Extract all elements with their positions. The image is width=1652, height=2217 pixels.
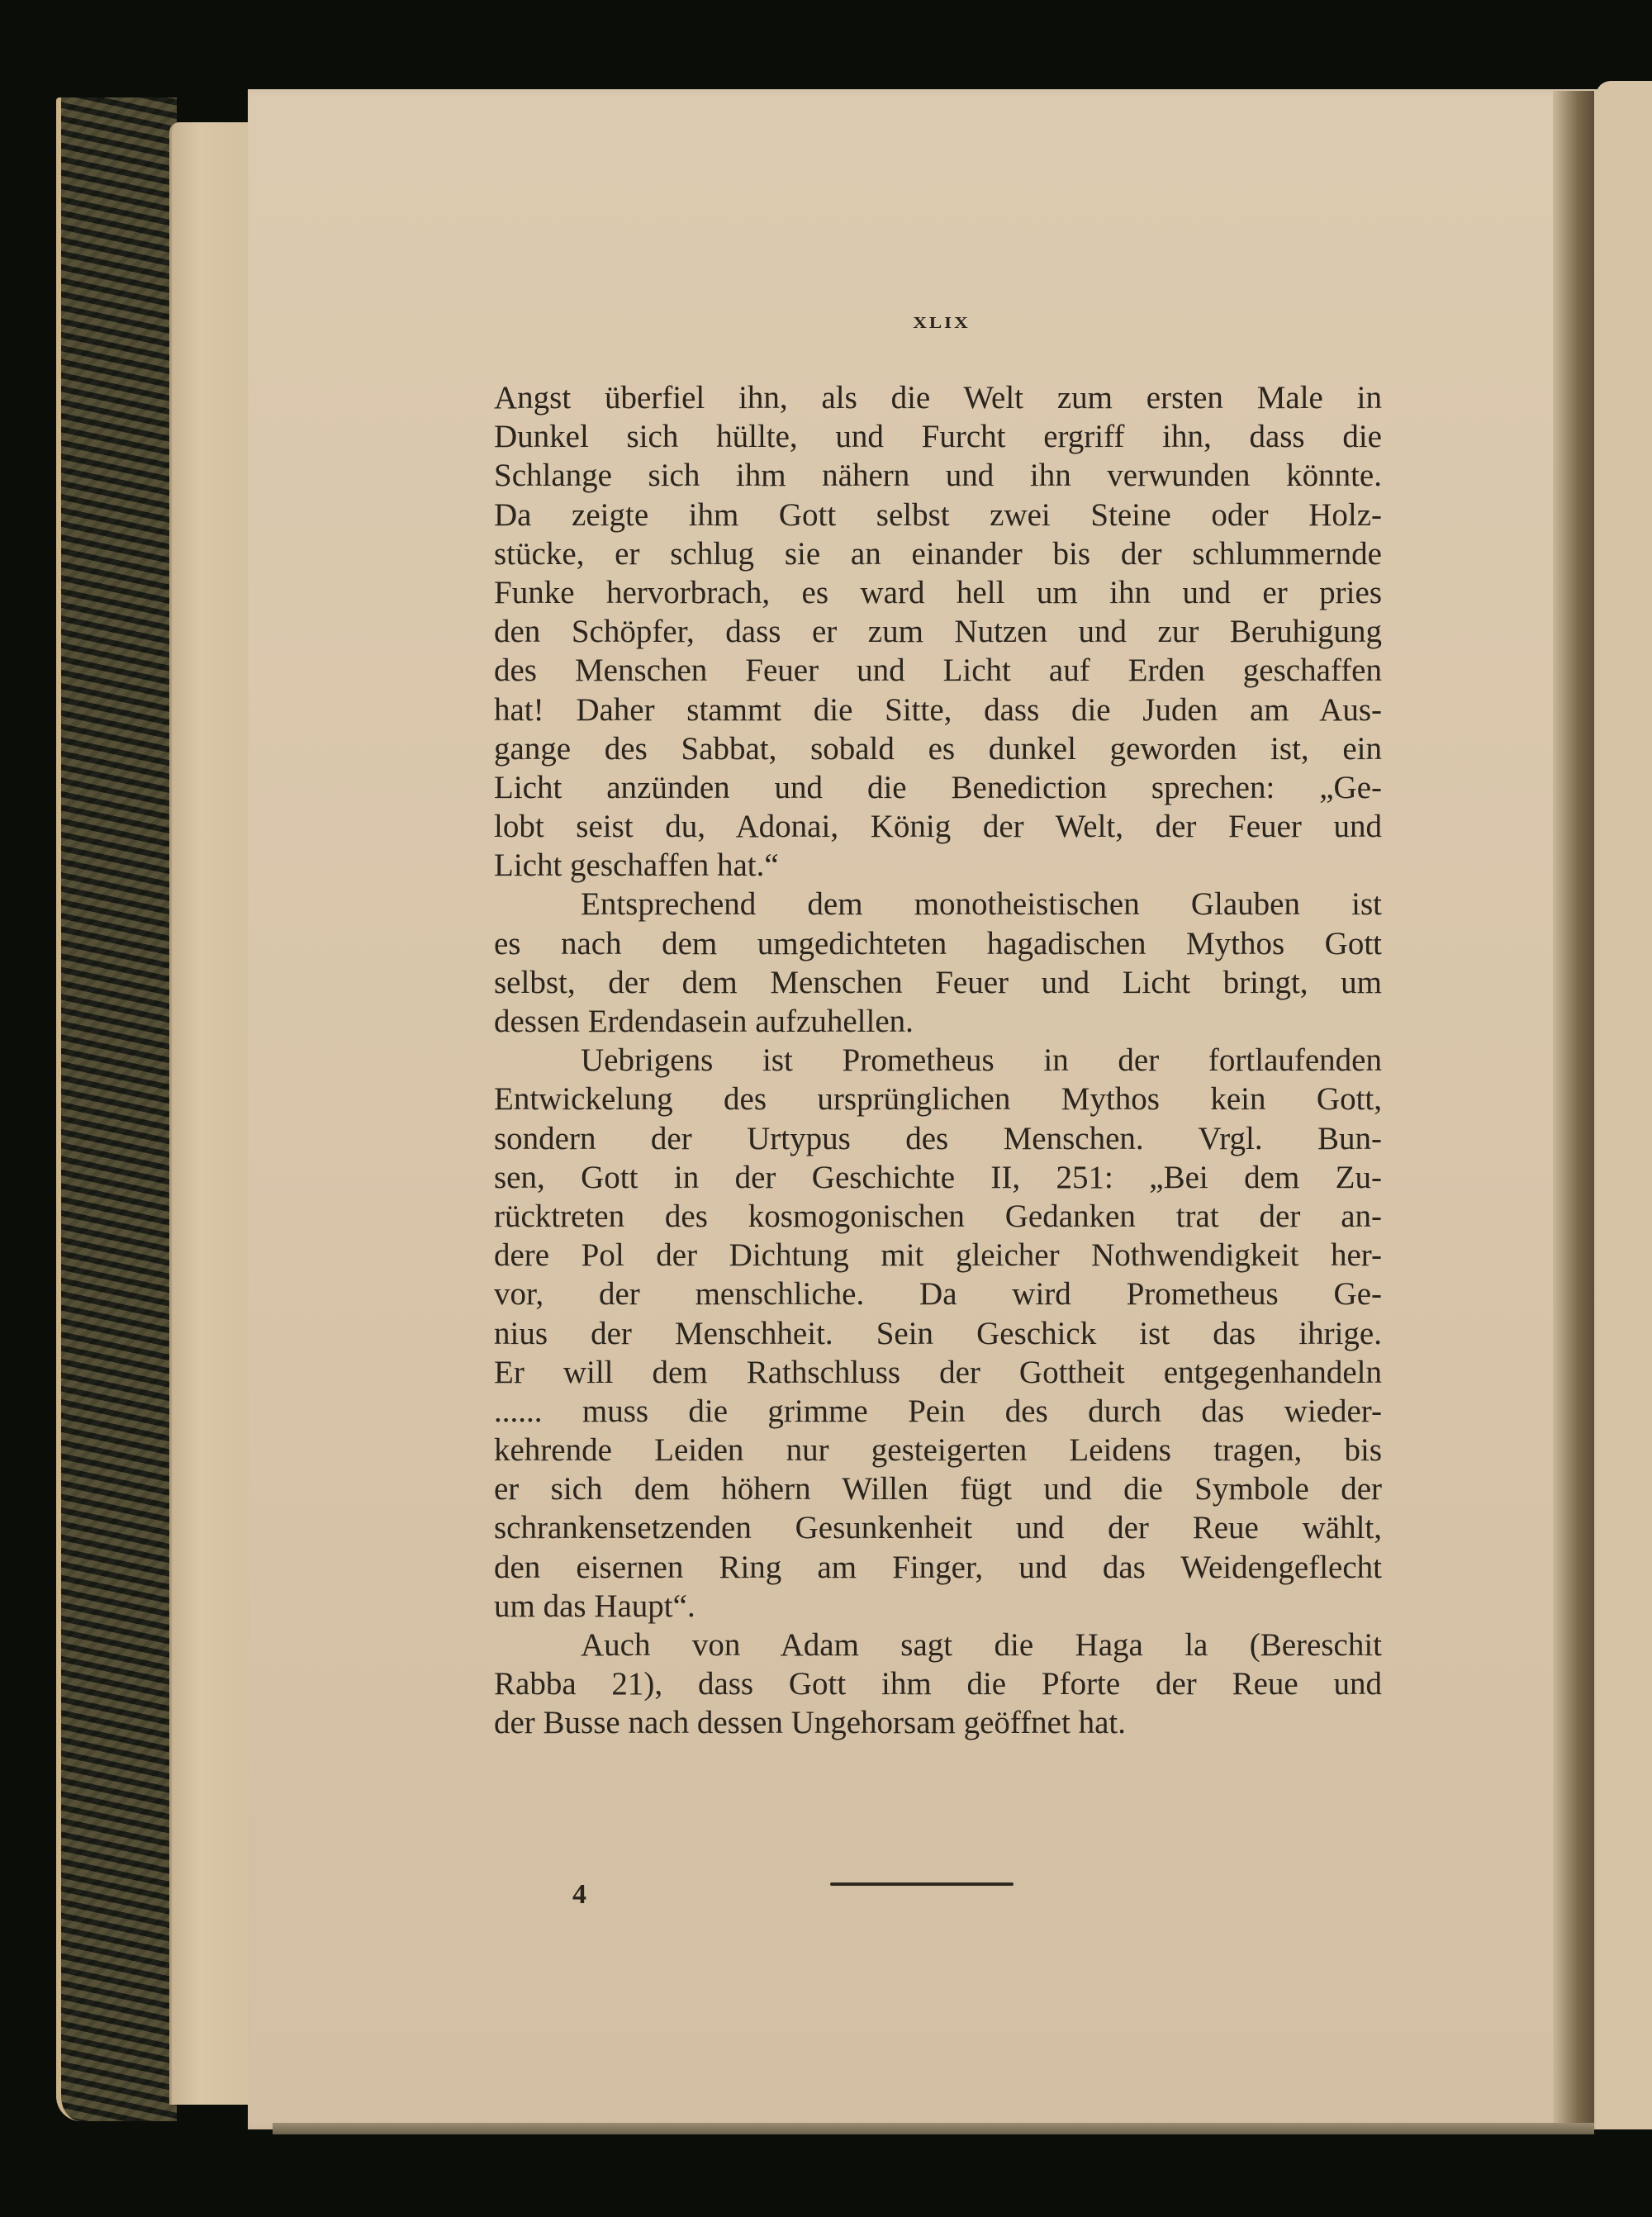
text-line: schrankensetzenden Gesunkenheit und der … <box>494 1508 1382 1547</box>
text-line: hat! Daher stammt die Sitte, dass die Ju… <box>494 691 1382 729</box>
text-line: lobt seist du, Adonai, König der Welt, d… <box>494 807 1382 846</box>
text-line: Entwickelung des ursprünglichen Mythos k… <box>494 1080 1382 1118</box>
paragraph: Angst überfiel ihn, als die Welt zum ers… <box>494 378 1382 885</box>
text-line: Schlange sich ihm nähern und ihn verwund… <box>494 456 1382 495</box>
paragraph: Auch von Adam sagt die Haga la (Bereschi… <box>494 1626 1382 1743</box>
text-line: den eisernen Ring am Finger, und das Wei… <box>494 1548 1382 1587</box>
text-line: des Menschen Feuer und Licht auf Erden g… <box>494 651 1382 690</box>
text-line: Rabba 21), dass Gott ihm die Pforte der … <box>494 1664 1382 1703</box>
text-line: rücktreten des kosmogonischen Gedanken t… <box>494 1197 1382 1236</box>
book-spine <box>56 97 177 2121</box>
text-line: gange des Sabbat, sobald es dunkel gewor… <box>494 729 1382 768</box>
text-line: vor, der menschliche. Da wird Prometheus… <box>494 1275 1382 1313</box>
text-line: Da zeigte ihm Gott selbst zwei Steine od… <box>494 496 1382 534</box>
text-line: Uebrigens ist Prometheus in der fortlauf… <box>494 1041 1382 1080</box>
page-bottom-edge <box>273 2123 1594 2134</box>
text-line: Licht anzünden und die Benediction sprec… <box>494 768 1382 807</box>
text-line: selbst, der dem Menschen Feuer und Licht… <box>494 963 1382 1002</box>
facing-page-edge <box>1596 81 1652 2129</box>
paragraph: Entsprechend dem monotheistischen Glaube… <box>494 885 1382 1041</box>
text-line: Auch von Adam sagt die Haga la (Bereschi… <box>494 1626 1382 1664</box>
text-line: um das Haupt“. <box>494 1587 1382 1626</box>
text-line: ...... muss die grimme Pein des durch da… <box>494 1392 1382 1431</box>
text-line: sondern der Urtypus des Menschen. Vrgl. … <box>494 1119 1382 1158</box>
paragraph: Uebrigens ist Prometheus in der fortlauf… <box>494 1041 1382 1626</box>
text-line: Angst überfiel ihn, als die Welt zum ers… <box>494 378 1382 417</box>
text-line: Dunkel sich hüllte, und Furcht ergriff i… <box>494 417 1382 456</box>
text-line: sen, Gott in der Geschichte II, 251: „Be… <box>494 1158 1382 1197</box>
text-line: Entsprechend dem monotheistischen Glaube… <box>494 885 1382 923</box>
text-line: kehrende Leiden nur gesteigerten Leidens… <box>494 1431 1382 1469</box>
book-gutter <box>1553 91 1594 2131</box>
text-line: er sich dem höhern Willen fügt und die S… <box>494 1469 1382 1508</box>
running-head-page-number: XLIX <box>909 314 975 332</box>
text-line: stücke, er schlug sie an einander bis de… <box>494 534 1382 573</box>
text-line: nius der Menschheit. Sein Geschick ist d… <box>494 1314 1382 1353</box>
signature-mark: 4 <box>572 1879 586 1911</box>
text-line: es nach dem umgedichteten hagadischen My… <box>494 924 1382 963</box>
body-text: Angst überfiel ihn, als die Welt zum ers… <box>494 378 1382 1743</box>
text-line: Er will dem Rathschluss der Gottheit ent… <box>494 1353 1382 1392</box>
text-line: den Schöpfer, dass er zum Nutzen und zur… <box>494 612 1382 651</box>
text-line: Funke hervorbrach, es ward hell um ihn u… <box>494 573 1382 612</box>
text-line: dessen Erdendasein aufzuhellen. <box>494 1002 1382 1041</box>
text-line: dere Pol der Dichtung mit gleicher Nothw… <box>494 1236 1382 1275</box>
text-line: der Busse nach dessen Ungehorsam geöffne… <box>494 1703 1382 1742</box>
text-line: Licht geschaffen hat.“ <box>494 846 1382 885</box>
end-rule-divider <box>830 1882 1014 1886</box>
